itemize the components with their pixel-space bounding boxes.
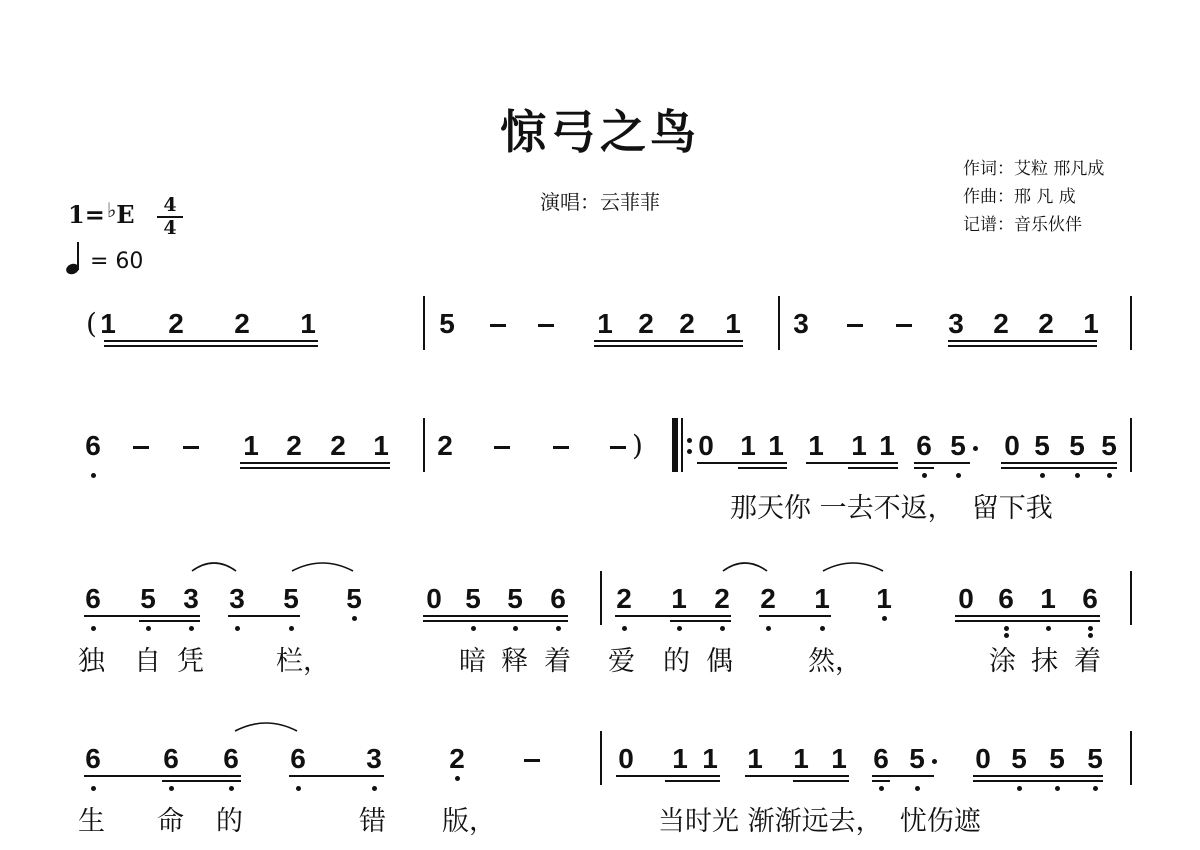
- sustain-dash: [896, 324, 912, 327]
- jianpu-note: 2: [283, 432, 305, 460]
- jianpu-note: 1: [848, 432, 870, 460]
- jianpu-note: 5: [1084, 745, 1106, 773]
- low-octave-dot: [455, 776, 460, 781]
- low-octave-dot: [720, 626, 725, 631]
- jianpu-note: 2: [231, 310, 253, 338]
- tempo-value: = 60: [90, 249, 143, 274]
- phrase-parenthesis: ): [632, 432, 643, 460]
- lyric-text: 然，: [808, 647, 862, 677]
- slur-tie: [191, 557, 237, 573]
- jianpu-note: 1: [370, 432, 392, 460]
- bar-line: [600, 571, 602, 625]
- low-octave-dot: [766, 626, 771, 631]
- low-octave-dot: [956, 473, 961, 478]
- jianpu-note: 6: [1079, 585, 1101, 613]
- jianpu-note: 5: [137, 585, 159, 613]
- jianpu-note: 5: [1098, 432, 1120, 460]
- key-signature: 1=♭E: [68, 200, 135, 229]
- low-octave-dot: [189, 626, 194, 631]
- low-octave-dot: [1004, 633, 1009, 638]
- lyric-text: 偶: [706, 647, 733, 677]
- low-octave-dot: [235, 626, 240, 631]
- jianpu-note: 1: [668, 585, 690, 613]
- lyric-text: 爱: [608, 647, 635, 677]
- low-octave-dot: [922, 473, 927, 478]
- duration-underline: [289, 775, 384, 777]
- sustain-dash: [847, 324, 863, 327]
- jianpu-note: 2: [165, 310, 187, 338]
- jianpu-note: 3: [226, 585, 248, 613]
- phrase-parenthesis: (: [86, 310, 97, 338]
- duration-underline: [104, 340, 318, 342]
- jianpu-note: 5: [906, 745, 928, 773]
- bar-line: [1130, 296, 1132, 350]
- jianpu-note: 0: [695, 432, 717, 460]
- bar-line: [423, 296, 425, 350]
- time-numerator: 4: [157, 196, 183, 215]
- jianpu-note: 1: [1037, 585, 1059, 613]
- jianpu-note: 2: [1035, 310, 1057, 338]
- low-octave-dot: [915, 786, 920, 791]
- repeat-start-thin-bar: [681, 418, 683, 472]
- jianpu-note: 2: [446, 745, 468, 773]
- duration-underline: [738, 467, 787, 469]
- duration-underline: [955, 615, 1100, 617]
- bar-line: [1130, 418, 1132, 472]
- jianpu-note: 0: [423, 585, 445, 613]
- jianpu-note: 2: [434, 432, 456, 460]
- duration-underline: [806, 462, 898, 464]
- low-octave-dot: [1004, 626, 1009, 631]
- low-octave-dot: [91, 473, 96, 478]
- low-octave-dot: [1075, 473, 1080, 478]
- jianpu-note: 2: [757, 585, 779, 613]
- bar-line: [778, 296, 780, 350]
- jianpu-note: 1: [722, 310, 744, 338]
- duration-underline: [615, 615, 731, 617]
- lyric-text: 错: [359, 807, 386, 837]
- lyric-text: 暗: [459, 647, 486, 677]
- low-octave-dot: [882, 616, 887, 621]
- jianpu-note: 0: [1001, 432, 1023, 460]
- jianpu-note: 3: [945, 310, 967, 338]
- duration-underline: [84, 615, 200, 617]
- low-octave-dot: [1107, 473, 1112, 478]
- jianpu-note: 1: [297, 310, 319, 338]
- jianpu-note: 5: [1046, 745, 1068, 773]
- sustain-dash: [133, 446, 149, 449]
- duration-underline: [240, 462, 390, 464]
- duration-underline: [665, 780, 720, 782]
- low-octave-dot: [1088, 626, 1093, 631]
- jianpu-note: 1: [669, 745, 691, 773]
- low-octave-dot: [1088, 633, 1093, 638]
- repeat-dot: [687, 449, 692, 454]
- low-octave-dot: [372, 786, 377, 791]
- jianpu-note: 5: [462, 585, 484, 613]
- lyric-text: 凭: [177, 647, 204, 677]
- jianpu-note: 3: [790, 310, 812, 338]
- low-octave-dot: [556, 626, 561, 631]
- jianpu-note: 6: [913, 432, 935, 460]
- sustain-dash: [553, 446, 569, 449]
- lyric-text: 那天你 一去不返， 留下我: [730, 494, 1053, 524]
- jianpu-note: 1: [97, 310, 119, 338]
- tempo-marking: = 60: [66, 244, 143, 274]
- duration-underline: [848, 467, 898, 469]
- duration-underline: [423, 620, 568, 622]
- jianpu-note: 6: [82, 432, 104, 460]
- low-octave-dot: [229, 786, 234, 791]
- jianpu-note: 1: [1080, 310, 1102, 338]
- lyric-text: 命: [157, 807, 184, 837]
- duration-underline: [973, 775, 1103, 777]
- jianpu-note: 6: [287, 745, 309, 773]
- time-signature: 4 4: [157, 196, 183, 238]
- lyric-text: 着: [1074, 647, 1101, 677]
- low-octave-dot: [146, 626, 151, 631]
- duration-underline: [670, 620, 731, 622]
- low-octave-dot: [1093, 786, 1098, 791]
- jianpu-note: 1: [876, 432, 898, 460]
- jianpu-note: 2: [711, 585, 733, 613]
- flat-icon: ♭: [107, 198, 116, 222]
- repeat-dot: [687, 438, 692, 443]
- slur-tie: [291, 557, 354, 573]
- duration-underline: [872, 780, 890, 782]
- jianpu-note: 1: [828, 745, 850, 773]
- sustain-dash: [610, 446, 626, 449]
- lyric-text: 释: [501, 647, 528, 677]
- duration-underline: [914, 467, 934, 469]
- bar-line: [1130, 571, 1132, 625]
- low-octave-dot: [677, 626, 682, 631]
- slur-tie: [234, 717, 298, 733]
- time-denominator: 4: [157, 219, 183, 238]
- low-octave-dot: [289, 626, 294, 631]
- jianpu-note: 3: [363, 745, 385, 773]
- duration-underline: [1001, 467, 1117, 469]
- jianpu-note: 2: [635, 310, 657, 338]
- low-octave-dot: [91, 786, 96, 791]
- duration-underline: [914, 462, 970, 464]
- transcriber-credit: 记谱：音乐伙伴: [963, 211, 1104, 239]
- sustain-dash: [524, 759, 540, 762]
- lyric-text: 自: [134, 647, 161, 677]
- lyric-text: 当时光 渐渐远去， 忧伤遮: [658, 807, 981, 837]
- sustain-dash: [490, 324, 506, 327]
- augmentation-dot: [932, 759, 937, 764]
- jianpu-note: 3: [180, 585, 202, 613]
- lyric-text: 的: [216, 807, 243, 837]
- duration-underline: [84, 775, 241, 777]
- duration-underline: [240, 467, 390, 469]
- jianpu-note: 6: [160, 745, 182, 773]
- augmentation-dot: [973, 446, 978, 451]
- jianpu-note: 1: [790, 745, 812, 773]
- low-octave-dot: [1055, 786, 1060, 791]
- jianpu-note: 5: [1066, 432, 1088, 460]
- song-title: 惊弓之鸟: [0, 96, 1200, 162]
- jianpu-note: 1: [873, 585, 895, 613]
- jianpu-note: 1: [805, 432, 827, 460]
- duration-underline: [948, 340, 1097, 342]
- lyric-text: 独: [78, 647, 105, 677]
- low-octave-dot: [820, 626, 825, 631]
- low-octave-dot: [169, 786, 174, 791]
- duration-underline: [594, 345, 743, 347]
- jianpu-note: 6: [870, 745, 892, 773]
- lyric-text: 抹: [1031, 647, 1058, 677]
- jianpu-note: 0: [615, 745, 637, 773]
- low-octave-dot: [1046, 626, 1051, 631]
- key-prefix: 1=: [68, 200, 105, 229]
- repeat-start-thick-bar: [672, 418, 678, 472]
- duration-underline: [948, 345, 1097, 347]
- jianpu-note: 5: [1008, 745, 1030, 773]
- low-octave-dot: [471, 626, 476, 631]
- jianpu-note: 5: [436, 310, 458, 338]
- jianpu-note: 1: [240, 432, 262, 460]
- duration-underline: [759, 615, 831, 617]
- jianpu-note: 0: [972, 745, 994, 773]
- jianpu-note: 5: [947, 432, 969, 460]
- duration-underline: [955, 620, 1100, 622]
- bar-line: [600, 731, 602, 785]
- duration-underline: [872, 775, 934, 777]
- jianpu-note: 6: [82, 585, 104, 613]
- jianpu-note: 1: [737, 432, 759, 460]
- jianpu-note: 1: [744, 745, 766, 773]
- duration-underline: [745, 775, 849, 777]
- duration-underline: [104, 345, 318, 347]
- duration-underline: [697, 462, 787, 464]
- sustain-dash: [538, 324, 554, 327]
- jianpu-note: 5: [280, 585, 302, 613]
- jianpu-note: 1: [765, 432, 787, 460]
- jianpu-note: 1: [699, 745, 721, 773]
- jianpu-note: 6: [82, 745, 104, 773]
- lyric-text: 涂: [989, 647, 1016, 677]
- lyric-text: 版，: [442, 807, 496, 837]
- lyric-text: 的: [663, 647, 690, 677]
- low-octave-dot: [1040, 473, 1045, 478]
- lyricist-credit: 作词：艾粒 邢凡成: [963, 155, 1104, 183]
- slur-tie: [822, 557, 884, 573]
- duration-underline: [1001, 462, 1117, 464]
- duration-underline: [616, 775, 720, 777]
- sheet-music-page: 惊弓之鸟 演唱：云菲菲 作词：艾粒 邢凡成 作曲：邢 凡 成 记谱：音乐伙伴 1…: [0, 0, 1200, 850]
- jianpu-note: 2: [990, 310, 1012, 338]
- key-note: E: [116, 200, 134, 229]
- lyric-text: 着: [544, 647, 571, 677]
- low-octave-dot: [91, 626, 96, 631]
- lyric-text: 栏，: [276, 647, 330, 677]
- jianpu-note: 1: [594, 310, 616, 338]
- composer-credit: 作曲：邢 凡 成: [963, 183, 1104, 211]
- sustain-dash: [183, 446, 199, 449]
- quarter-note-icon: [66, 244, 82, 274]
- low-octave-dot: [1017, 786, 1022, 791]
- jianpu-note: 5: [1031, 432, 1053, 460]
- duration-underline: [162, 780, 241, 782]
- jianpu-note: 1: [811, 585, 833, 613]
- jianpu-note: 2: [676, 310, 698, 338]
- duration-underline: [793, 780, 849, 782]
- bar-line: [1130, 731, 1132, 785]
- slur-tie: [722, 557, 768, 573]
- duration-underline: [228, 615, 300, 617]
- low-octave-dot: [513, 626, 518, 631]
- low-octave-dot: [296, 786, 301, 791]
- duration-underline: [139, 620, 200, 622]
- jianpu-note: 2: [327, 432, 349, 460]
- jianpu-note: 6: [220, 745, 242, 773]
- jianpu-note: 5: [504, 585, 526, 613]
- jianpu-note: 6: [547, 585, 569, 613]
- low-octave-dot: [352, 616, 357, 621]
- jianpu-note: 5: [343, 585, 365, 613]
- jianpu-note: 6: [995, 585, 1017, 613]
- duration-underline: [594, 340, 743, 342]
- bar-line: [423, 418, 425, 472]
- jianpu-note: 0: [955, 585, 977, 613]
- low-octave-dot: [622, 626, 627, 631]
- duration-underline: [973, 780, 1103, 782]
- jianpu-note: 2: [613, 585, 635, 613]
- credits-block: 作词：艾粒 邢凡成 作曲：邢 凡 成 记谱：音乐伙伴: [963, 155, 1104, 239]
- lyric-text: 生: [78, 807, 105, 837]
- duration-underline: [423, 615, 568, 617]
- sustain-dash: [494, 446, 510, 449]
- low-octave-dot: [879, 786, 884, 791]
